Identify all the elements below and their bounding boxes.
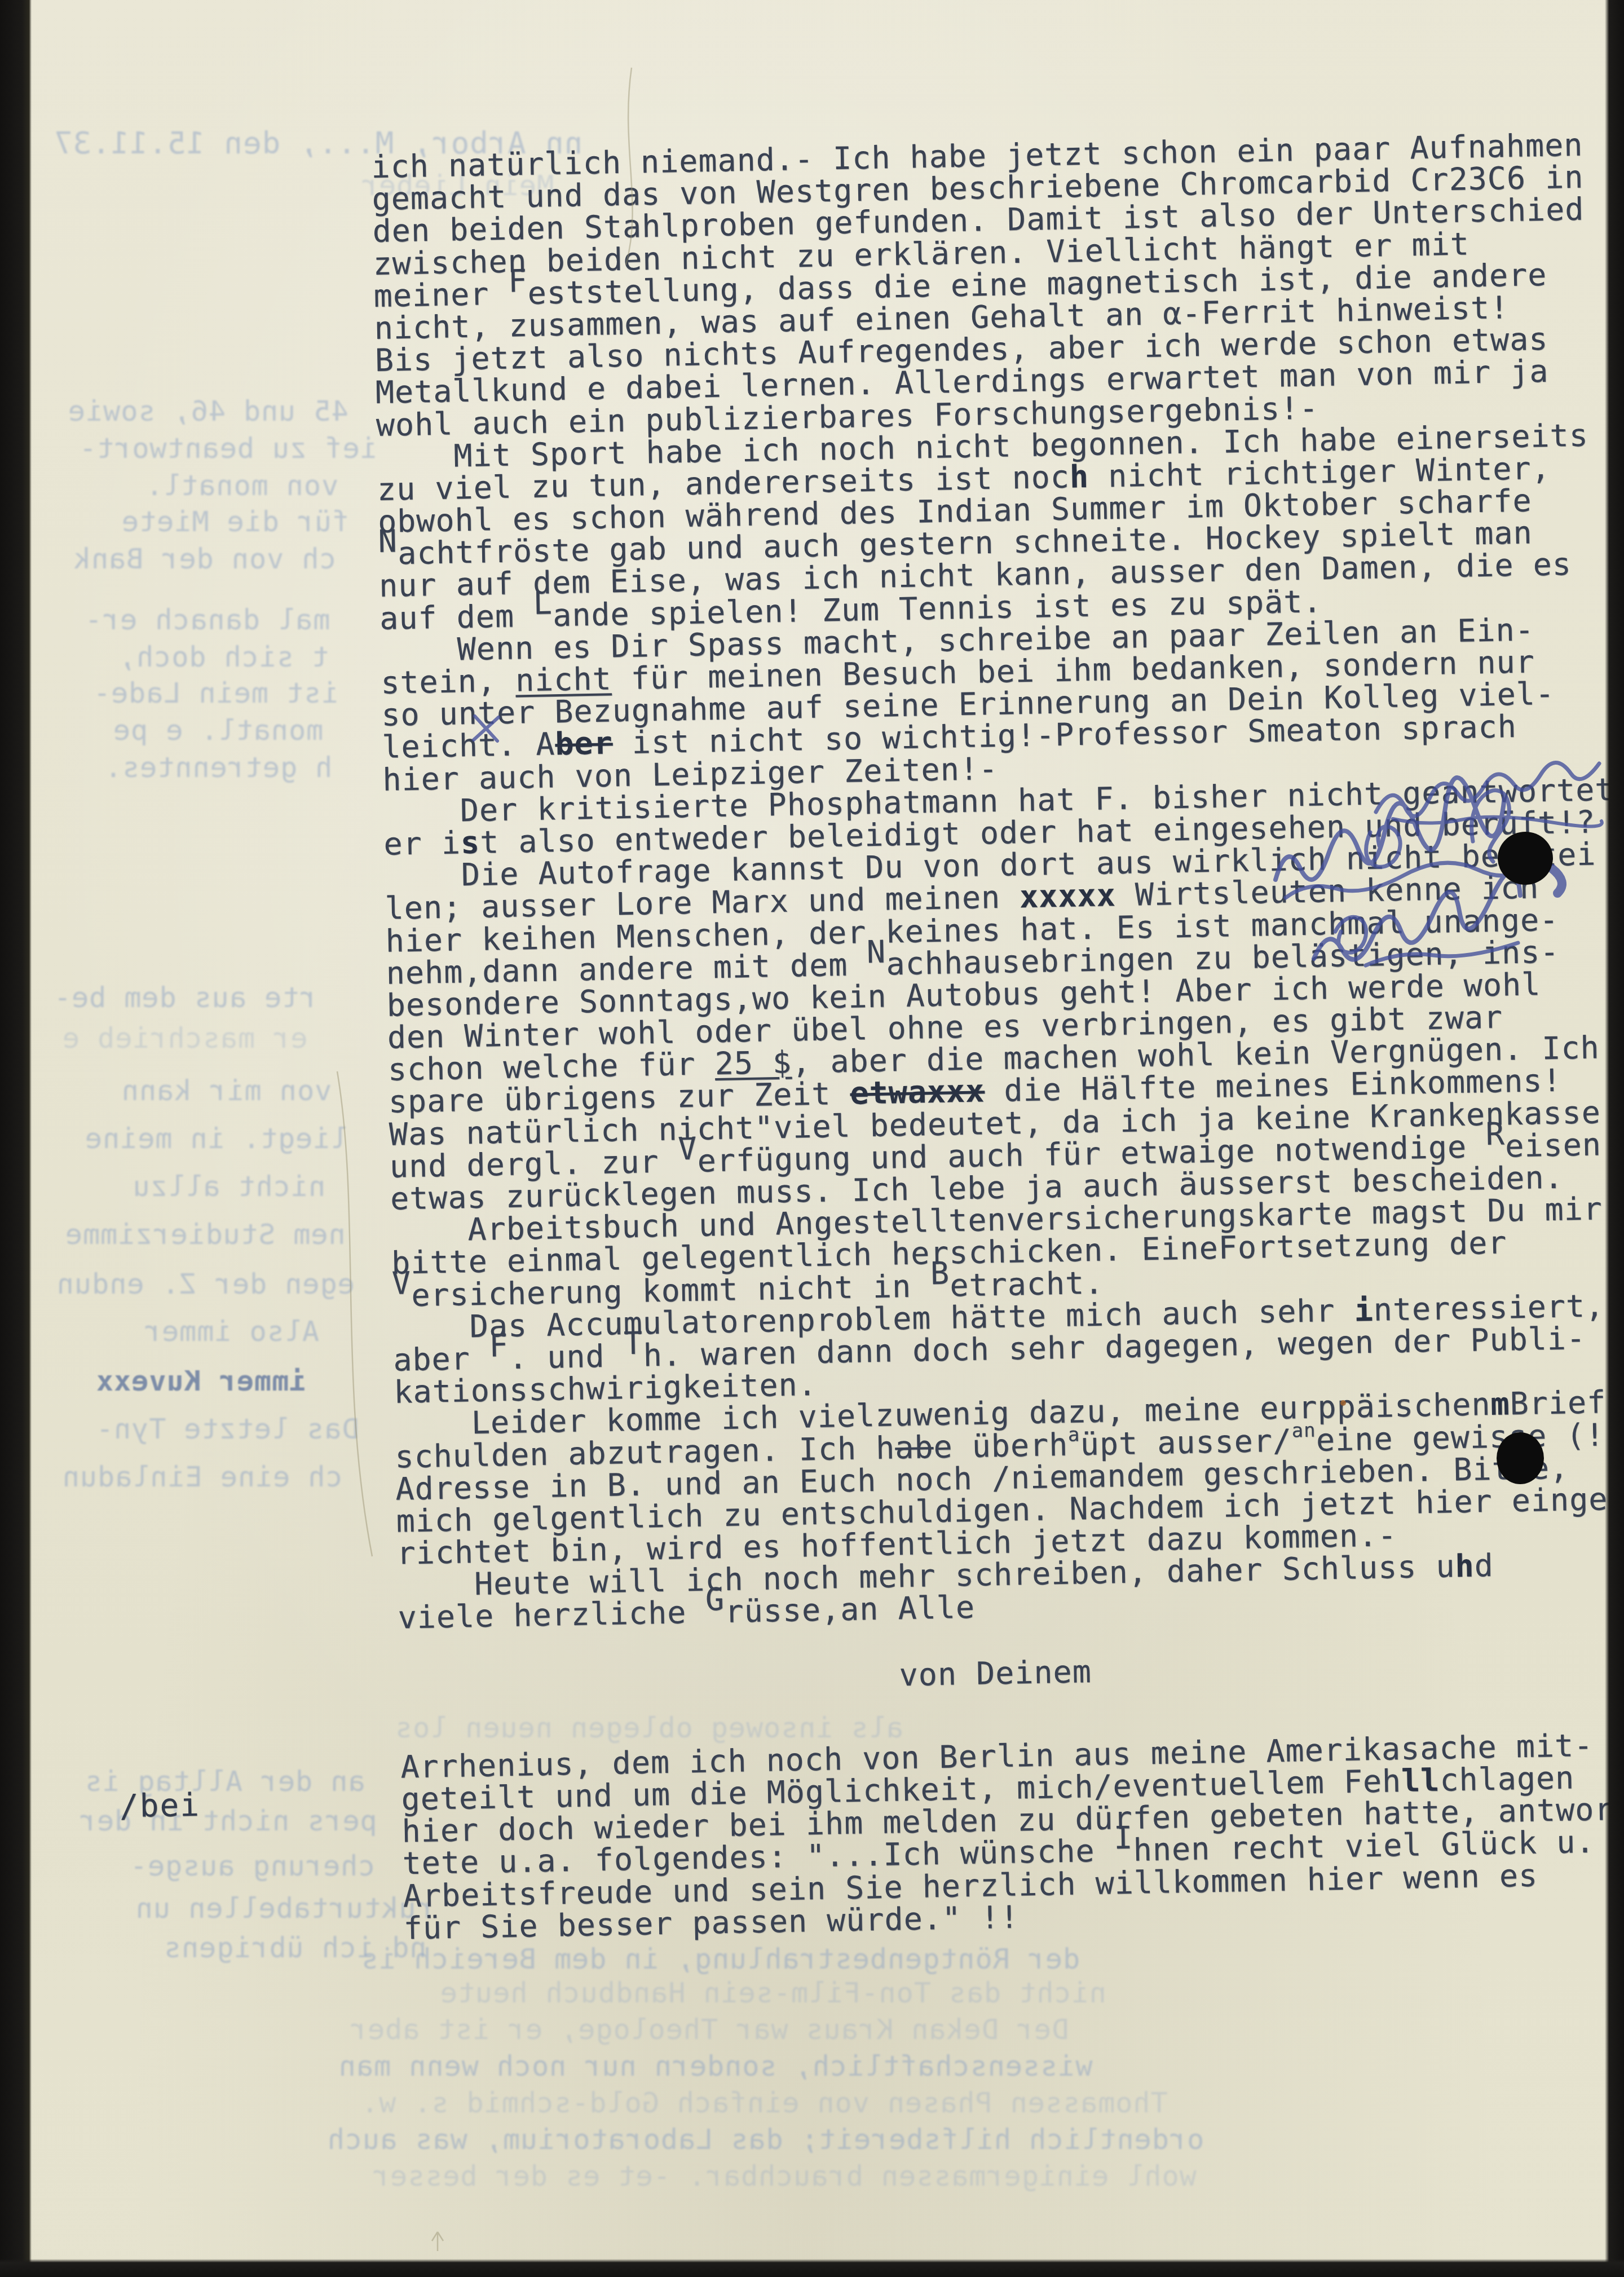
letter-scan-page: nn Arbor, M..., den 15.11.37Mein Lieber4… xyxy=(0,0,1624,2277)
bleedthrough-fragment: mal danach er- xyxy=(85,603,330,636)
bleedthrough-fragment: ist mein Lade- xyxy=(93,677,338,709)
bleedthrough-fragment: Der Dekan Kraus war Theologe, er ist abe… xyxy=(350,2013,1069,2046)
bleedthrough-fragment: wissenschaftlich, sondern nur noch wenn … xyxy=(338,2050,1092,2082)
bleedthrough-fragment: Das letzte Tyn- xyxy=(96,1413,359,1445)
bleedthrough-fragment: 45 und 46, sowie xyxy=(68,395,348,427)
bleedthrough-fragment: er maschrieb e xyxy=(62,1022,307,1054)
bleedthrough-fragment: Also immer xyxy=(144,1315,319,1348)
bleedthrough-fragment: ordentlich hilfsbereit; das Laboratorium… xyxy=(327,2123,1204,2156)
bleedthrough-fragment: cherung ausge- xyxy=(130,1850,375,1882)
bleedthrough-fragment: für die Miete xyxy=(121,505,349,538)
margin-note: /bei xyxy=(119,1787,200,1825)
typed-letter-body: ich natürlich niemand.- Ich habe jetzt s… xyxy=(371,128,1624,1944)
scan-edge-left xyxy=(0,0,32,2277)
bleedthrough-fragment: ch von der Bank xyxy=(73,542,337,575)
scan-edge-right xyxy=(1605,0,1624,2277)
scan-edge-bottom xyxy=(0,2259,1624,2277)
bleedthrough-fragment: immer Kuvexx xyxy=(96,1365,306,1397)
punch-hole xyxy=(1497,1432,1544,1484)
bleedthrough-fragment: nicht das Ton-Film-sein Handbuch heute xyxy=(440,1976,1106,2009)
bleedthrough-fragment: ief zu beantwort- xyxy=(79,432,377,465)
bleedthrough-fragment: monatl. e pe xyxy=(113,714,323,747)
bleedthrough-fragment: rukturtabellen un xyxy=(135,1892,434,1925)
punch-hole xyxy=(1498,832,1553,885)
typed-line: von Deinem xyxy=(399,1645,1624,1700)
bleedthrough-fragment: der Röntgenbestrahlung, in dem Bereich i… xyxy=(361,1943,1080,1975)
bleedthrough-fragment: wohl einigermassen brauchbar. -et es der… xyxy=(372,2160,1197,2192)
bleedthrough-fragment: egen der Z. endun xyxy=(56,1268,355,1300)
bleedthrough-fragment: liegt. in meine xyxy=(85,1122,348,1155)
bleedthrough-fragment: von monatl. xyxy=(145,469,338,502)
bleedthrough-fragment: nem Studierzimme xyxy=(65,1218,346,1251)
bleedthrough-fragment: ch eine Einladun xyxy=(62,1460,343,1493)
bleedthrough-fragment: nicht allzu xyxy=(133,1170,325,1203)
bleedthrough-fragment: rte aus dem be- xyxy=(54,981,317,1014)
bleedthrough-fragment: von mir kann xyxy=(121,1074,332,1107)
bleedthrough-fragment: Thomassen Phasen von einfach Gold-schmid… xyxy=(361,2086,1168,2119)
bleedthrough-fragment: h getrenntes. xyxy=(104,751,332,784)
bleedthrough-fragment: t sich doch, xyxy=(118,641,329,673)
